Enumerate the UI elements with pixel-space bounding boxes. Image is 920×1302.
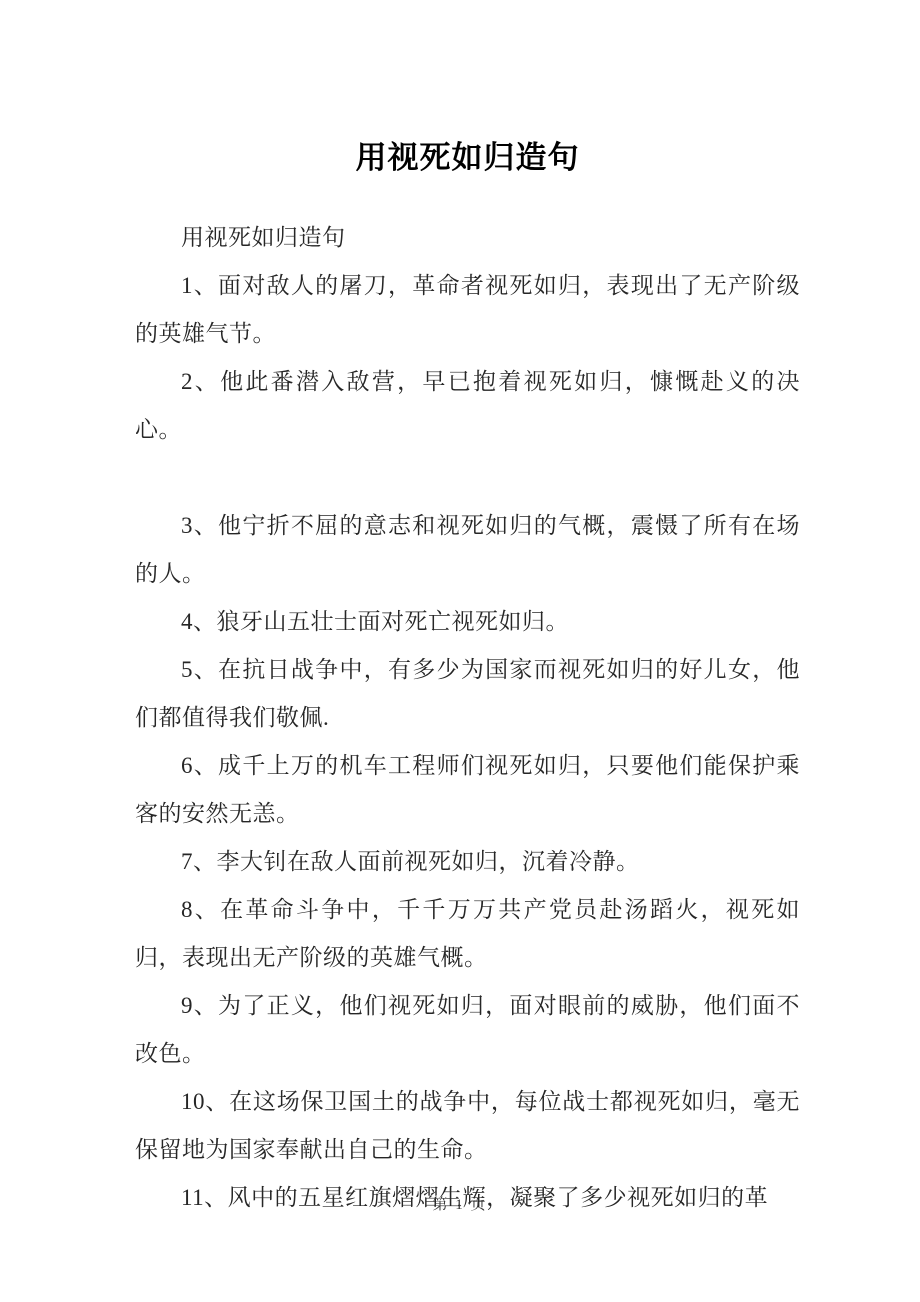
document-body: 用视死如归造句1、面对敌人的屠刀，革命者视死如归，表现出了无产阶级的英雄气节。2… <box>135 214 800 1222</box>
paragraph: 7、李大钊在敌人面前视死如归，沉着冷静。 <box>135 838 800 886</box>
paragraph: 9、为了正义，他们视死如归，面对眼前的威胁，他们面不改色。 <box>135 982 800 1078</box>
paragraph: 2、他此番潜入敌营，早已抱着视死如归，慷慨赴义的决心。 <box>135 358 800 454</box>
paragraph: 3、他宁折不屈的意志和视死如归的气概，震慑了所有在场的人。 <box>135 502 800 598</box>
paragraph: 用视死如归造句 <box>135 214 800 262</box>
page-footer: 第 1 页 <box>0 1193 920 1214</box>
paragraph: 10、在这场保卫国土的战争中，每位战士都视死如归，毫无保留地为国家奉献出自己的生… <box>135 1078 800 1174</box>
paragraph: 1、面对敌人的屠刀，革命者视死如归，表现出了无产阶级的英雄气节。 <box>135 262 800 358</box>
page-number-label: 第 1 页 <box>432 1197 487 1213</box>
paragraph: 8、在革命斗争中，千千万万共产党员赴汤蹈火，视死如归，表现出无产阶级的英雄气概。 <box>135 886 800 982</box>
document-page: 用视死如归造句 用视死如归造句1、面对敌人的屠刀，革命者视死如归，表现出了无产阶… <box>0 0 920 1302</box>
paragraph: 4、狼牙山五壮士面对死亡视死如归。 <box>135 598 800 646</box>
document-title: 用视死如归造句 <box>135 138 800 178</box>
paragraph: 6、成千上万的机车工程师们视死如归，只要他们能保护乘客的安然无恙。 <box>135 742 800 838</box>
blank-line <box>135 454 800 502</box>
paragraph: 5、在抗日战争中，有多少为国家而视死如归的好儿女，他们都值得我们敬佩. <box>135 646 800 742</box>
